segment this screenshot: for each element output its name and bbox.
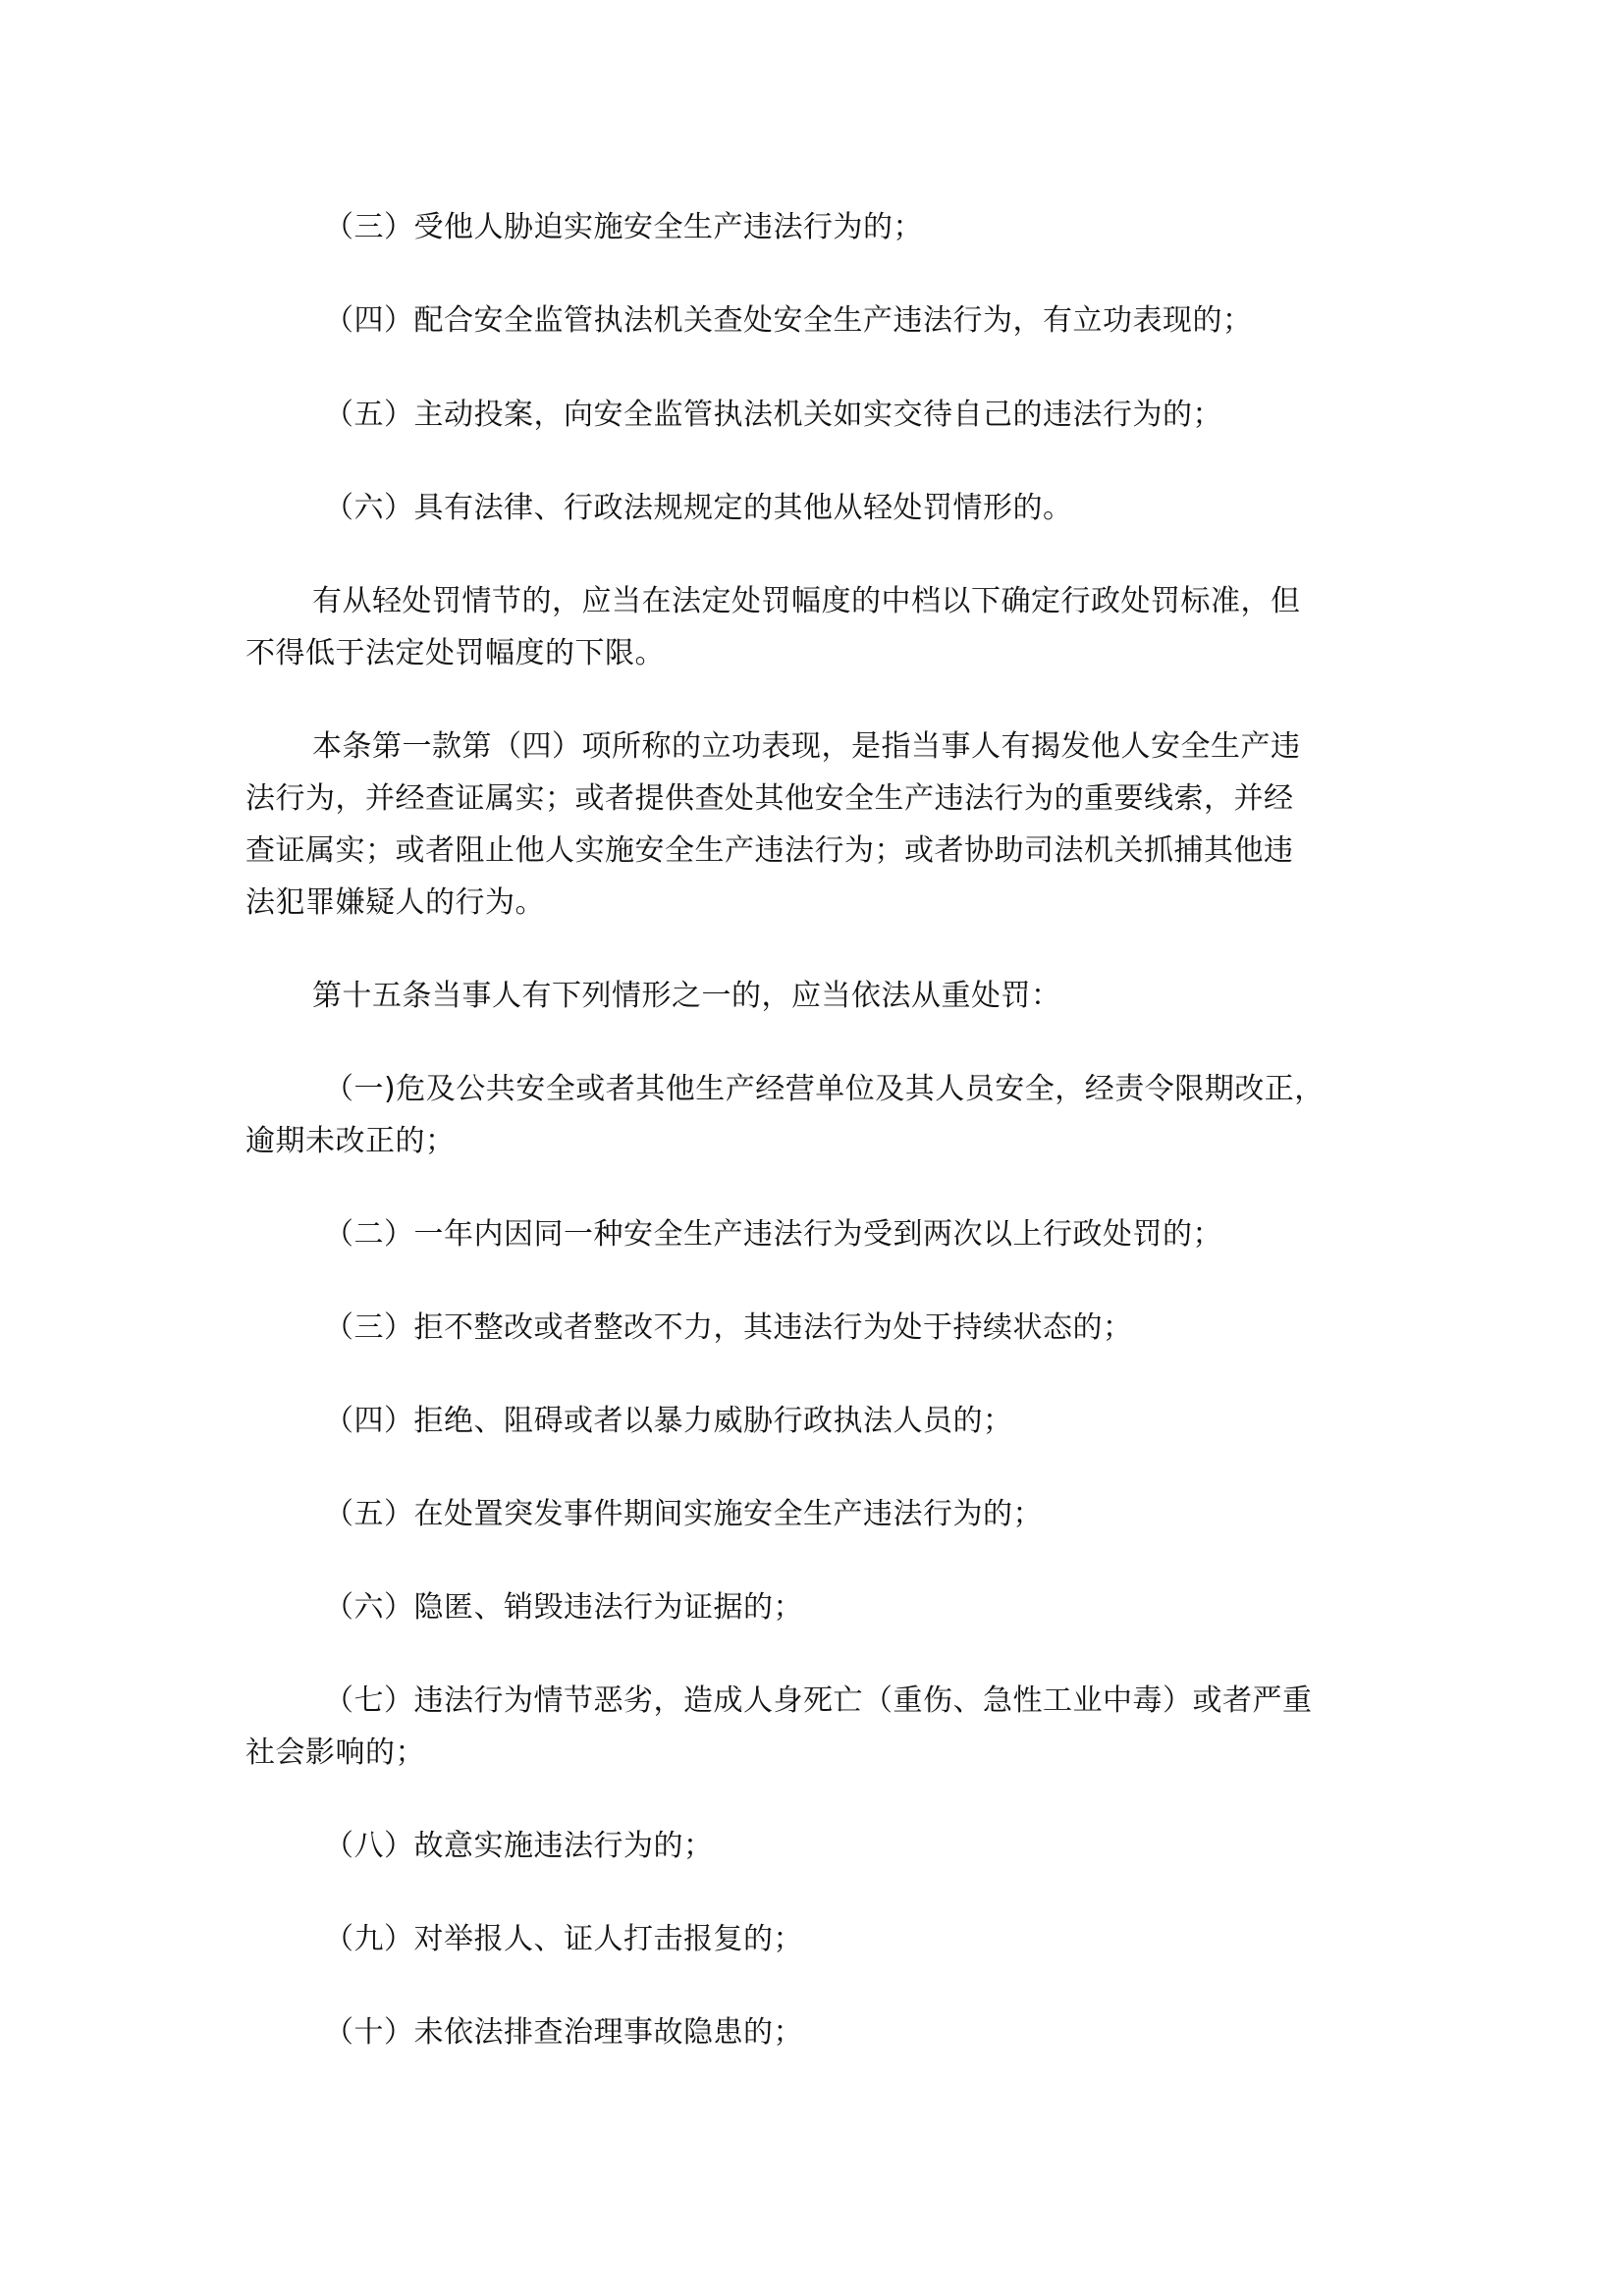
paragraph-lighter-line-2: 不得低于法定处罚幅度的下限。 xyxy=(245,634,665,673)
list-item-heavy-1-line-1: （一)危及公共安全或者其他生产经营单位及其人员安全，经责令限期改正， xyxy=(324,1070,1325,1109)
list-item-heavy-4: （四）拒绝、阻碍或者以暴力威胁行政执法人员的； xyxy=(324,1402,1013,1441)
list-item-heavy-8: （八）故意实施违法行为的； xyxy=(324,1827,714,1866)
list-item-heavy-7-line-1: （七）违法行为情节恶劣，造成人身死亡（重伤、急性工业中毒）或者严重 xyxy=(324,1682,1313,1721)
list-item-heavy-5: （五）在处置突发事件期间实施安全生产违法行为的； xyxy=(324,1495,1043,1534)
paragraph-merit-line-1: 本条第一款第（四）项所称的立功表现，是指当事人有揭发他人安全生产违 xyxy=(312,727,1301,767)
list-item-heavy-9: （九）对举报人、证人打击报复的； xyxy=(324,1920,803,1959)
list-item-mitigating-5: （五）主动投案，向安全监管执法机关如实交待自己的违法行为的； xyxy=(324,396,1222,435)
article-15-heading: 第十五条当事人有下列情形之一的，应当依法从重处罚： xyxy=(312,977,1061,1016)
list-item-mitigating-3: （三）受他人胁迫实施安全生产违法行为的； xyxy=(324,208,923,247)
list-item-heavy-7-line-2: 社会影响的； xyxy=(245,1734,425,1773)
list-item-heavy-3: （三）拒不整改或者整改不力，其违法行为处于持续状态的； xyxy=(324,1308,1133,1348)
list-item-heavy-2: （二）一年内因同一种安全生产违法行为受到两次以上行政处罚的； xyxy=(324,1215,1222,1255)
paragraph-merit-line-2: 法行为，并经查证属实；或者提供查处其他安全生产违法行为的重要线索，并经 xyxy=(245,779,1294,819)
paragraph-merit-line-3: 查证属实；或者阻止他人实施安全生产违法行为；或者协助司法机关抓捕其他违 xyxy=(245,831,1294,871)
list-item-heavy-10: （十）未依法排查治理事故隐患的； xyxy=(324,2013,803,2053)
list-item-heavy-6: （六）隐匿、销毁违法行为证据的； xyxy=(324,1588,803,1628)
list-item-mitigating-4: （四）配合安全监管执法机关查处安全生产违法行为，有立功表现的； xyxy=(324,301,1253,341)
list-item-heavy-1-line-2: 逾期未改正的； xyxy=(245,1122,456,1161)
paragraph-lighter-line-1: 有从轻处罚情节的，应当在法定处罚幅度的中档以下确定行政处罚标准，但 xyxy=(312,582,1301,621)
list-item-mitigating-6: （六）具有法律、行政法规规定的其他从轻处罚情形的。 xyxy=(324,489,1073,528)
document-page: （三）受他人胁迫实施安全生产违法行为的； （四）配合安全监管执法机关查处安全生产… xyxy=(0,0,1624,2296)
paragraph-merit-line-4: 法犯罪嫌疑人的行为。 xyxy=(245,883,545,923)
